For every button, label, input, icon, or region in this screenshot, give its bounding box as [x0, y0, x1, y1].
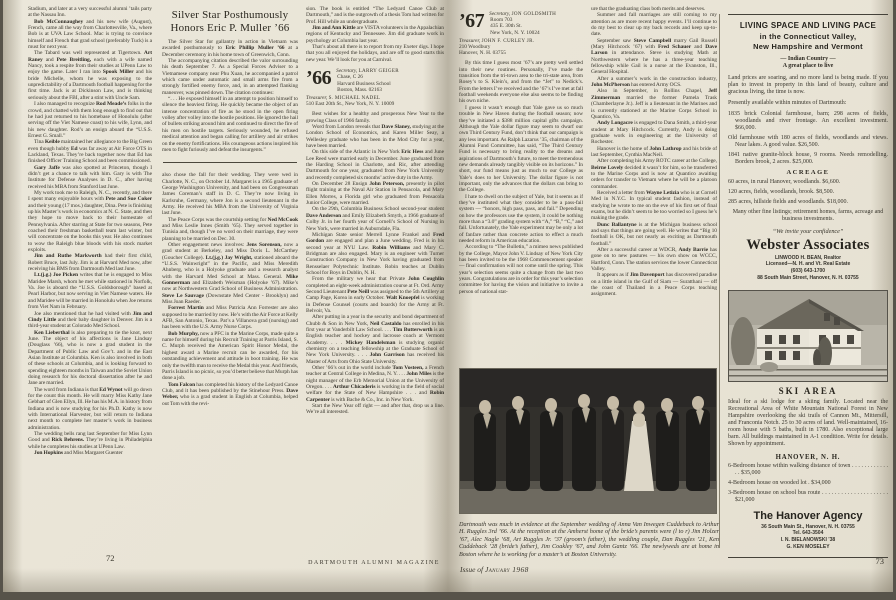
paragraph: Other engagement news involves: Jens Sor…	[162, 242, 298, 305]
ad-headline: LIVING SPACE AND LIVING PACE	[728, 21, 888, 32]
paragraph: Word from London reveals that Dave Slane…	[306, 124, 444, 149]
paragraph: “. . . He exposed himself in an attempt …	[162, 96, 298, 153]
paragraph: Received a letter from Wayne Letizia who…	[591, 190, 717, 222]
divider	[728, 557, 888, 558]
licensed-line: Licensed—N. H. and Vt. Real Estate	[728, 261, 888, 268]
paragraph: 120 acres, fields, woodlands, brook. $8,…	[728, 189, 888, 196]
paragraph: 6-Bedroom house within walking distance …	[728, 463, 888, 477]
paragraph: Michigan State senior Merrell Lynne Fran…	[306, 232, 444, 276]
magazine-footer: DARTMOUTH ALUMNI MAGAZINE	[303, 560, 445, 566]
paragraph: 1841 native granite-block house, 9 rooms…	[728, 152, 888, 166]
agency-name: The Hanover Agency	[728, 510, 888, 522]
hanover-title: HANOVER, N. H.	[728, 454, 888, 461]
paragraph: On December 28 Ensign John Peterson, pre…	[306, 181, 444, 206]
paragraph: Bob McConnaughey and his new wife (Augus…	[28, 19, 152, 51]
magazine-spread: Stadium, and later at a very successful …	[0, 0, 896, 600]
class-66-notes: Best wishes for a healthy and prosperous…	[306, 111, 444, 416]
paragraph: According to “The Bulletin,” a mimeo new…	[459, 244, 583, 295]
hanover-agency-ad: The Hanover Agency 36 South Main St., Ha…	[728, 510, 888, 551]
ski-lodge-photo	[728, 290, 888, 382]
treasurer-label: Treasurer,	[306, 95, 327, 101]
paragraph: sion. The book is entitled “The Ledyard …	[306, 6, 444, 25]
column-notes-continued: also chose the fall for their wedding. T…	[162, 172, 298, 407]
class-67-notes-col2: ure that the graduating class both merit…	[591, 6, 717, 366]
paragraph: Joe also mentioned that he had visited w…	[28, 311, 152, 330]
paragraph: Lt.(j.g.) Joe Picken writes that he is e…	[28, 272, 152, 310]
paragraph: After putting in a year in the security …	[306, 314, 444, 365]
ad-paragraph: Presently available within minutes of Da…	[728, 100, 888, 107]
paragraph: Summer and fall marriages are still comi…	[591, 12, 717, 37]
photo-caption: Dartmouth was much in evidence at the Se…	[459, 521, 719, 558]
paragraph: Forrest Martin and Miss Patricia Ann For…	[162, 305, 298, 330]
paragraph: 3-Bedroom house on school bus route . . …	[728, 490, 888, 504]
treasurer-block: Treasurer, S. MICHAEL NADEL 510 East 20t…	[306, 95, 444, 107]
paragraph: Jim and Ann Kittle are VISTA volunteers …	[306, 25, 444, 44]
secretary-name: JON GOLDSMITH	[512, 11, 557, 17]
paragraph: Dunc Ballantyne is at the Michigan busin…	[591, 222, 717, 247]
paragraph: also chose the fall for their wedding. T…	[162, 172, 298, 216]
paragraph: I hate to dwell on the subject of Yale, …	[459, 194, 583, 245]
ads-column: LIVING SPACE AND LIVING PACE in the Conn…	[728, 14, 888, 558]
hanover-ad: HANOVER, N. H. 6-Bedroom house within wa…	[728, 454, 888, 504]
notes-top: sion. The book is entitled “The Ledyard …	[306, 6, 444, 63]
class-67-notes-col1: By this time I guess most ’67’s are pret…	[459, 60, 583, 295]
paragraph: Jon Hopkins and Miss Margaret Guenter	[28, 450, 152, 456]
paragraph: The Peace Corps was the courtship settin…	[162, 217, 298, 242]
ad-intro: Land prices are soaring, and no more lan…	[728, 75, 888, 107]
paragraph: 510 East 20th St., New York, N. Y. 10009	[306, 101, 444, 107]
paragraph: That’s about all there is to report from…	[306, 44, 444, 63]
paragraph: Also in September, in Rollins Chapel, Je…	[591, 88, 717, 120]
paragraph: On the 29th, Columbia Business School se…	[306, 206, 444, 231]
class-67-header: ’67 Secretary, JON GOLDSMITH Room 703435…	[459, 11, 583, 36]
page-number-72: 72	[106, 553, 115, 563]
treasurer-address: 210 WoodburyHanover, N. H. 03755	[459, 44, 583, 56]
paragraph: Tina Keible maintained her allegiance to…	[28, 139, 152, 164]
agency-address: 36 South Main St., Hanover, N. H. 03755	[728, 524, 888, 531]
ad-headline3: New Hampshire and Vermont	[728, 42, 888, 53]
ski-lodge-image	[729, 291, 887, 382]
phone-line: (603) 643-1700	[728, 268, 888, 275]
page-72: Stadium, and later at a very successful …	[6, 0, 451, 592]
page-number-73: 73	[876, 556, 885, 566]
paragraph: Other ’66’s out in the world include Tom…	[306, 365, 444, 403]
paragraph: By this time I guess most ’67’s are pret…	[459, 60, 583, 104]
secretary-block-67: Secretary, JON GOLDSMITH Room 703435 E. …	[489, 11, 556, 36]
secretary-name: LARRY GEIGER	[359, 68, 399, 74]
paragraph: Tom Falcon has completed his history of …	[162, 382, 298, 407]
paragraph: Gary Jaffe was also spotted at Princeton…	[28, 165, 152, 190]
paragraph: I guess it wasn’t enough that Yale gave …	[459, 105, 583, 194]
article-body: The Silver Star for gallantry in action …	[162, 39, 298, 153]
webster-associates-name: Webster Associates	[728, 238, 888, 253]
paper-background: Stadium, and later at a very successful …	[3, 0, 893, 592]
ski-area-body: Ideal for a ski lodge for a skiing famil…	[728, 399, 888, 448]
paragraph: I also managed to recognize Rod Meade’s …	[28, 101, 152, 139]
ad-subline2: A great place to live	[728, 63, 888, 71]
treasurer-name: JOHN F. CURLEY JR.	[482, 38, 535, 44]
paragraph: After completing his Army ROTC career at…	[591, 158, 717, 190]
paragraph: Andy Longacre is engaged to Dana Smith, …	[591, 120, 717, 145]
paragraph: On this side of the Atlantic in New York…	[306, 149, 444, 181]
paragraph: 1835 brick Colonial farmhouse, barn; 298…	[728, 111, 888, 132]
acreage-title: ACREAGE	[728, 169, 888, 176]
hanover-listings: 6-Bedroom house within walking distance …	[728, 463, 888, 504]
treasurer-label: Treasurer,	[459, 38, 480, 44]
paragraph: My work took me to Raleigh, N. C., recen…	[28, 190, 152, 253]
paragraph: Ken Lieberthal is also preparing to tie …	[28, 330, 152, 387]
article-title: Silver Star PosthumouslyHonors Eric P. M…	[162, 9, 298, 34]
paragraph: The Silver Star for gallantry in action …	[162, 39, 298, 58]
living-space-ad: LIVING SPACE AND LIVING PACE in the Conn…	[728, 21, 888, 282]
paragraph: Start the New Year off right — and after…	[306, 403, 444, 416]
agency-person1: I. N. BIELANOWSKI ’38	[728, 537, 888, 544]
divider	[163, 162, 297, 163]
ad-subline: — Indian Country —	[728, 56, 888, 64]
paragraph: 4-Bedroom house on wooded lot . $34,000	[728, 480, 888, 487]
class-66-header: ’66 Secretary, LARRY GEIGER Chase, C 26H…	[306, 68, 444, 93]
agency-phone: Tel. 643-3504	[728, 530, 888, 537]
column-feature: Silver Star PosthumouslyHonors Eric P. M…	[162, 6, 298, 474]
paragraph: After a successful career at WDCR, Andy …	[591, 247, 717, 272]
paragraph: After a summer’s work in the constructio…	[591, 76, 717, 89]
paragraph: September saw Steve Campbell marry Gail …	[591, 38, 717, 76]
address-line: 88 South Main Street, Hanover, N. H. 037…	[728, 275, 888, 282]
paragraph: New York, N. Y. 10024	[490, 30, 556, 36]
paragraph: Harvard Business School	[337, 81, 399, 87]
paragraph: 60 acres, in rural Hanover, woodlands. $…	[728, 179, 888, 186]
column-divider	[719, 14, 720, 548]
issue-line: Issue of January 1968	[460, 565, 529, 574]
treasurer-name: S. MICHAEL NADEL	[329, 95, 381, 101]
paragraph: Boston, Mass. 02163	[337, 87, 399, 93]
ski-area-ad: SKI AREA Ideal for a ski lodge for a ski…	[728, 290, 888, 448]
agency-person2: G. KEN MOSELEY	[728, 544, 888, 551]
ski-area-title: SKI AREA	[728, 386, 888, 396]
divider	[728, 14, 888, 15]
paragraph: The accompanying citation described the …	[162, 58, 298, 96]
paragraph: Bob Murphy, now a PFC in the Marine Corp…	[162, 331, 298, 382]
class-year-67: ’67	[459, 12, 484, 30]
treasurer-block-67: Treasurer, JOHN F. CURLEY JR. 210 Woodbu…	[459, 38, 583, 57]
paragraph: It appears as if Jim Davenport has disco…	[591, 272, 717, 297]
column-class66: sion. The book is entitled “The Ledyard …	[306, 6, 444, 468]
realtor-line: LINWOOD H. BEAN, Realtor	[728, 255, 888, 262]
secretary-address: Room 703435 E. 30th St.New York, N. Y. 1…	[490, 17, 556, 36]
paragraph: Best wishes for a healthy and prosperous…	[306, 111, 444, 124]
acreage-listings: 60 acres, in rural Hanover, woodlands. $…	[728, 179, 888, 206]
wedding-photo-image	[460, 369, 716, 513]
paragraph: The word from Indiana is that Ed Wynot w…	[28, 387, 152, 431]
page-73: ’67 Secretary, JON GOLDSMITH Room 703435…	[451, 0, 896, 592]
ad-more: Many other fine listings; retirement hom…	[728, 209, 888, 223]
ad-listings: 1835 brick Colonial farmhouse, barn; 298…	[728, 111, 888, 166]
paragraph: Hanover is the home of John Lathrop and …	[591, 146, 717, 159]
column-class65-notes: Stadium, and later at a very successful …	[28, 6, 152, 474]
paragraph: Old farmhouse with 180 acres of fields, …	[728, 135, 888, 149]
paragraph: Hanover, N. H. 03755	[459, 50, 583, 56]
paragraph: Jim and Ruthe Markworth had their first …	[28, 253, 152, 272]
secretary-block: Secretary, LARRY GEIGER Chase, C 26Harva…	[336, 68, 399, 93]
paragraph: Stadium, and later at a very successful …	[28, 6, 152, 19]
paragraph: From the military we hear that Private J…	[306, 276, 444, 314]
ad-paragraph: Land prices are soaring, and no more lan…	[728, 75, 888, 96]
class-year-66: ’66	[306, 69, 331, 87]
ad-headline2: in the Connecticut Valley,	[728, 32, 888, 43]
ad-motto: “We invite your confidence”	[728, 228, 888, 235]
paragraph: The Tabard was well represented at Tiger…	[28, 50, 152, 101]
paragraph: 285 acres, hillside fields and woodlands…	[728, 199, 888, 206]
paragraph: The wedding bells rang last September fo…	[28, 431, 152, 450]
column-class67: ’67 Secretary, JON GOLDSMITH Room 703435…	[459, 6, 583, 366]
silver-star-article: Silver Star PosthumouslyHonors Eric P. M…	[162, 9, 298, 163]
secretary-label: Secretary,	[336, 68, 357, 74]
secretary-label: Secretary,	[489, 11, 510, 17]
secretary-address: Chase, C 26Harvard Business SchoolBoston…	[337, 74, 399, 93]
treasurer-address: 510 East 20th St., New York, N. Y. 10009	[306, 101, 444, 107]
wedding-photo	[459, 368, 717, 514]
